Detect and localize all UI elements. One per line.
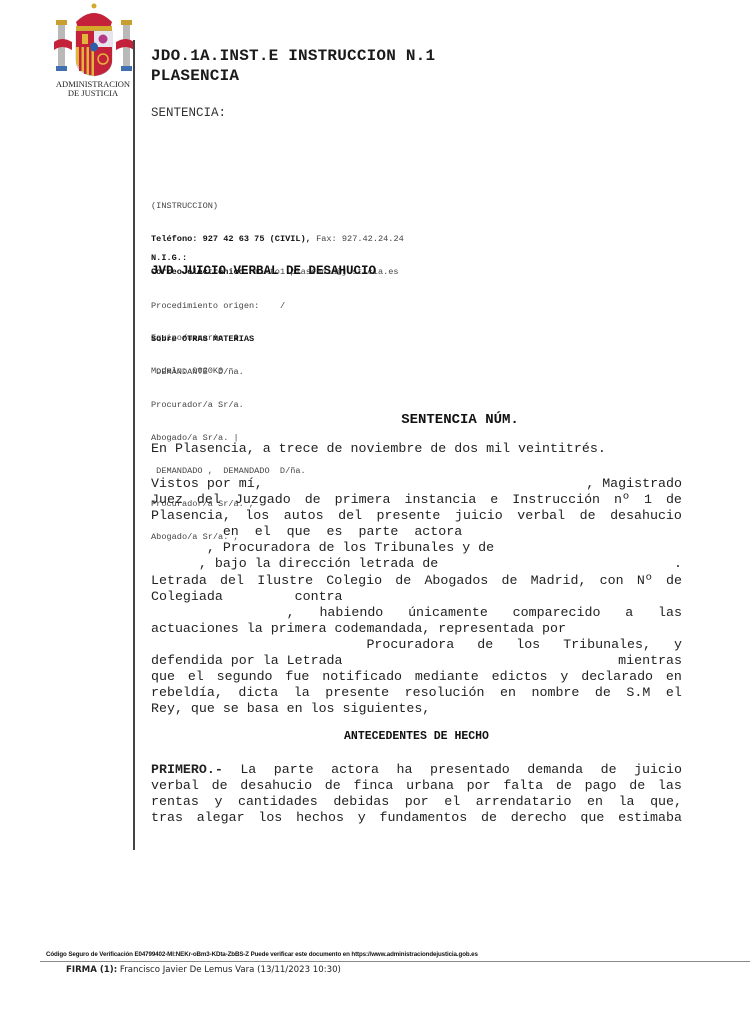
text-line: ProcuradoradelosTribunales,y: [151, 637, 682, 653]
vistos-paragraph: Vistos por mí,, MagistradoJuezdelJuzgado…: [151, 476, 682, 717]
text-line: rebeldía,dictalapresenteresoluciónennomb…: [151, 685, 682, 701]
text-line: trasalegarloshechosyfundamentosdederecho…: [151, 810, 682, 826]
nig-label: N.I.G.:: [151, 253, 187, 263]
phone-label: Teléfono:: [151, 234, 197, 244]
text-line: rentasycantidadesdebidasporelarrendatari…: [151, 794, 682, 810]
text-line: ,habiendoúnicamentecomparecidoalas: [151, 605, 682, 621]
fax-value: 927.42.24.24: [342, 234, 404, 244]
margin-rule: [133, 40, 135, 850]
text-line: Rey, que se basa en los siguientes,: [151, 701, 682, 717]
phone-value: 927 42 63 75 (CIVIL),: [203, 234, 311, 244]
origin-line: Procedimiento origen: /: [151, 301, 306, 312]
party-line: Procurador/a Sr/a.: [151, 400, 306, 411]
text-line: actuaciones la primera codemandada, repr…: [151, 621, 682, 637]
text-line: Plasencia,losautosdelpresentejuicioverba…: [151, 508, 682, 524]
origin-label: Procedimiento origen:: [151, 301, 259, 311]
party-line: DEMANDANTE D/ña.: [151, 367, 306, 378]
document-type: SENTENCIA:: [151, 106, 226, 120]
firma-label: FIRMA (1):: [66, 965, 117, 975]
origin-value: /: [280, 301, 285, 311]
text-line: queelsegundofuenotificadomedianteedictos…: [151, 669, 682, 685]
fax-label: Fax:: [316, 234, 337, 244]
signature-line: FIRMA (1): Francisco Javier De Lemus Var…: [66, 965, 341, 975]
emblem-label: ADMINISTRACION DE JUSTICIA: [48, 80, 138, 98]
text-line: defendida por la Letradamientras: [151, 653, 682, 669]
text-line: Colegiada contra: [151, 589, 682, 605]
nig-line: N.I.G.:: [151, 253, 187, 264]
text-line: Vistos por mí,, Magistrado: [151, 476, 682, 492]
antecedentes-heading: ANTECEDENTES DE HECHO: [151, 730, 682, 743]
text-line: PRIMERO.-Laparteactorahapresentadodemand…: [151, 762, 682, 778]
subject-value: OTRAS MATERIAS: [182, 334, 254, 344]
contact-phone-line: Teléfono: 927 42 63 75 (CIVIL), Fax: 927…: [151, 234, 404, 245]
firma-value: Francisco Javier De Lemus Vara (13/11/20…: [120, 965, 341, 975]
coat-of-arms-logo: [52, 2, 136, 80]
text-line: verbaldedesahuciodefincaurbanaporfaltade…: [151, 778, 682, 794]
text-line: en el que es parte actora: [151, 524, 682, 540]
text-line: JuezdelJuzgadodeprimerainstanciaeInstruc…: [151, 492, 682, 508]
text-line: , Procuradora de los Tribunales y de: [151, 540, 682, 556]
text-line: , bajo la dirección letrada de.: [151, 556, 682, 572]
subject-line: Sobre OTRAS MATERIAS: [151, 334, 306, 345]
date-line: En Plasencia, a trece de noviembre de do…: [151, 441, 682, 457]
contact-section: (INSTRUCCION): [151, 201, 404, 212]
emblem-label-line2: DE JUSTICIA: [48, 89, 138, 98]
subject-label: Sobre: [151, 334, 177, 344]
footer-rule: [40, 961, 750, 962]
court-city: PLASENCIA: [151, 66, 239, 86]
court-name: JDO.1A.INST.E INSTRUCCION N.1: [151, 46, 435, 66]
text-line: LetradadelIlustreColegiodeAbogadosdeMadr…: [151, 573, 682, 589]
primero-paragraph: PRIMERO.-Laparteactorahapresentadodemand…: [151, 762, 682, 826]
sentence-title: SENTENCIA NÚM.: [0, 412, 750, 428]
verification-code: Código Seguro de Verificación E04799402-…: [46, 951, 478, 958]
procedure-title: JVD JUICIO VERBAL DE DESAHUCIO: [151, 264, 376, 278]
